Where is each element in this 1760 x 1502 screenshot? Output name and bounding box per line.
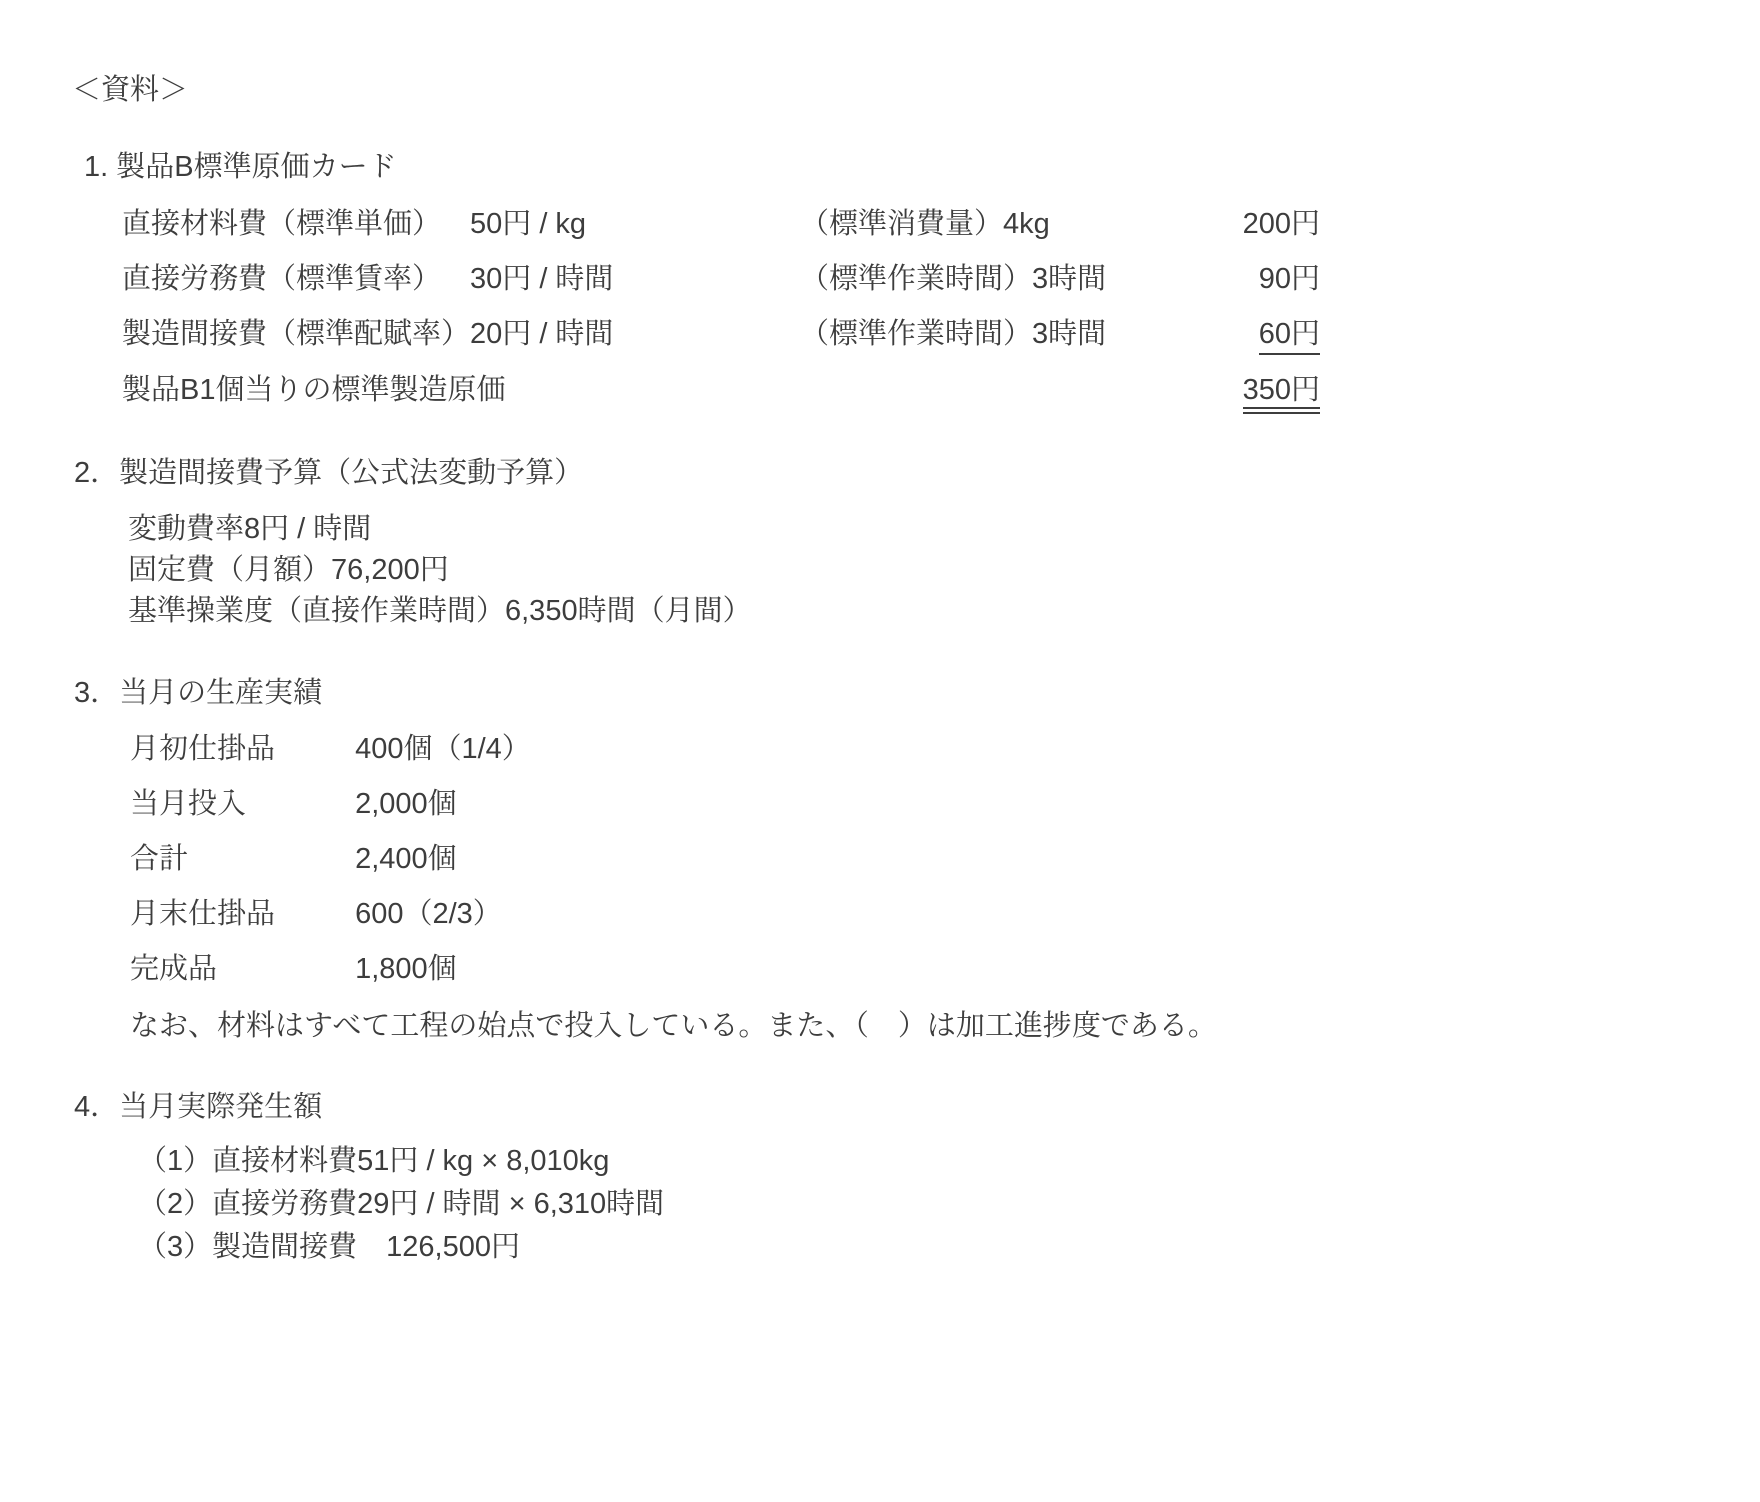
cost-amount: 60円 bbox=[1240, 320, 1320, 349]
production-row: 月末仕掛品 600（2/3） bbox=[130, 900, 502, 929]
budget-variable-rate-line: 変動費率8円 / 時間 bbox=[128, 509, 752, 550]
cost-amount-value-underlined: 60円 bbox=[1259, 318, 1320, 355]
cost-amount: 90円 bbox=[1240, 265, 1320, 294]
actual-labor-cost-line: （2）直接労務費29円 / 時間 × 6,310時間 bbox=[138, 1183, 664, 1226]
section3-note: なお、材料はすべて工程の始点で投入している。また、（ ）は加工進捗度である。 bbox=[130, 1012, 1217, 1041]
section3-heading: 3．当月の生産実績 bbox=[74, 679, 322, 708]
cost-amount-value: 90円 bbox=[1259, 263, 1320, 295]
production-row-value: 2,400個 bbox=[355, 843, 457, 875]
section2-heading: 2．製造間接費予算（公式法変動予算） bbox=[74, 459, 583, 488]
cost-card-row-material: 直接材料費（標準単価） 50円 / kg （標準消費量）4kg 200円 bbox=[122, 210, 1320, 239]
production-row-label: 月初仕掛品 bbox=[130, 735, 347, 764]
section4-heading: 4．当月実際発生額 bbox=[74, 1093, 322, 1122]
section2-body: 変動費率8円 / 時間 固定費（月額）76,200円 基準操業度（直接作業時間）… bbox=[128, 509, 752, 632]
cost-standard-rate: 20円 / 時間 bbox=[470, 320, 800, 349]
production-row-label: 当月投入 bbox=[130, 790, 347, 819]
cost-item-label: 直接労務費（標準賃率） bbox=[122, 265, 470, 294]
production-row-label: 完成品 bbox=[130, 955, 347, 984]
cost-item-label: 直接材料費（標準単価） bbox=[122, 210, 470, 239]
cost-standard-rate: 50円 / kg bbox=[470, 210, 800, 239]
cost-item-label: 製造間接費（標準配賦率） bbox=[122, 320, 470, 349]
production-row: 完成品 1,800個 bbox=[130, 955, 457, 984]
section4-body: （1）直接材料費51円 / kg × 8,010kg （2）直接労務費29円 /… bbox=[138, 1140, 664, 1269]
production-row-value: 400個（1/4） bbox=[355, 733, 531, 765]
production-row-label: 合計 bbox=[130, 845, 347, 874]
production-row-value: 600（2/3） bbox=[355, 898, 502, 930]
cost-card-row-labor: 直接労務費（標準賃率） 30円 / 時間 （標準作業時間）3時間 90円 bbox=[122, 265, 1320, 294]
actual-material-cost-line: （1）直接材料費51円 / kg × 8,010kg bbox=[138, 1140, 664, 1183]
cost-total-amount: 350円 bbox=[1243, 376, 1320, 414]
cost-standard-rate: 30円 / 時間 bbox=[470, 265, 800, 294]
production-row-value: 2,000個 bbox=[355, 788, 457, 820]
cost-total-label: 製品B1個当りの標準製造原価 bbox=[122, 376, 505, 414]
production-row-label: 月末仕掛品 bbox=[130, 900, 347, 929]
actual-overhead-cost-line: （3）製造間接費 126,500円 bbox=[138, 1226, 664, 1269]
budget-base-capacity-line: 基準操業度（直接作業時間）6,350時間（月間） bbox=[128, 591, 752, 632]
cost-standard-quantity: （標準消費量）4kg bbox=[800, 210, 1240, 239]
document-page: ＜資料＞ 1. 製品B標準原価カード 直接材料費（標準単価） 50円 / kg … bbox=[0, 0, 1760, 1502]
cost-card-total-row: 製品B1個当りの標準製造原価 350円 bbox=[122, 376, 1320, 414]
production-row: 月初仕掛品 400個（1/4） bbox=[130, 735, 531, 764]
production-row-value: 1,800個 bbox=[355, 953, 457, 985]
cost-standard-quantity: （標準作業時間）3時間 bbox=[800, 320, 1240, 349]
budget-fixed-cost-line: 固定費（月額）76,200円 bbox=[128, 550, 752, 591]
cost-standard-quantity: （標準作業時間）3時間 bbox=[800, 265, 1240, 294]
production-row: 合計 2,400個 bbox=[130, 845, 457, 874]
doc-title: ＜資料＞ bbox=[72, 76, 188, 105]
cost-card-row-overhead: 製造間接費（標準配賦率） 20円 / 時間 （標準作業時間）3時間 60円 bbox=[122, 320, 1320, 349]
production-row: 当月投入 2,000個 bbox=[130, 790, 457, 819]
cost-amount: 200円 bbox=[1240, 210, 1320, 239]
cost-amount-value: 200円 bbox=[1243, 208, 1320, 240]
section1-heading: 1. 製品B標準原価カード bbox=[84, 153, 397, 182]
